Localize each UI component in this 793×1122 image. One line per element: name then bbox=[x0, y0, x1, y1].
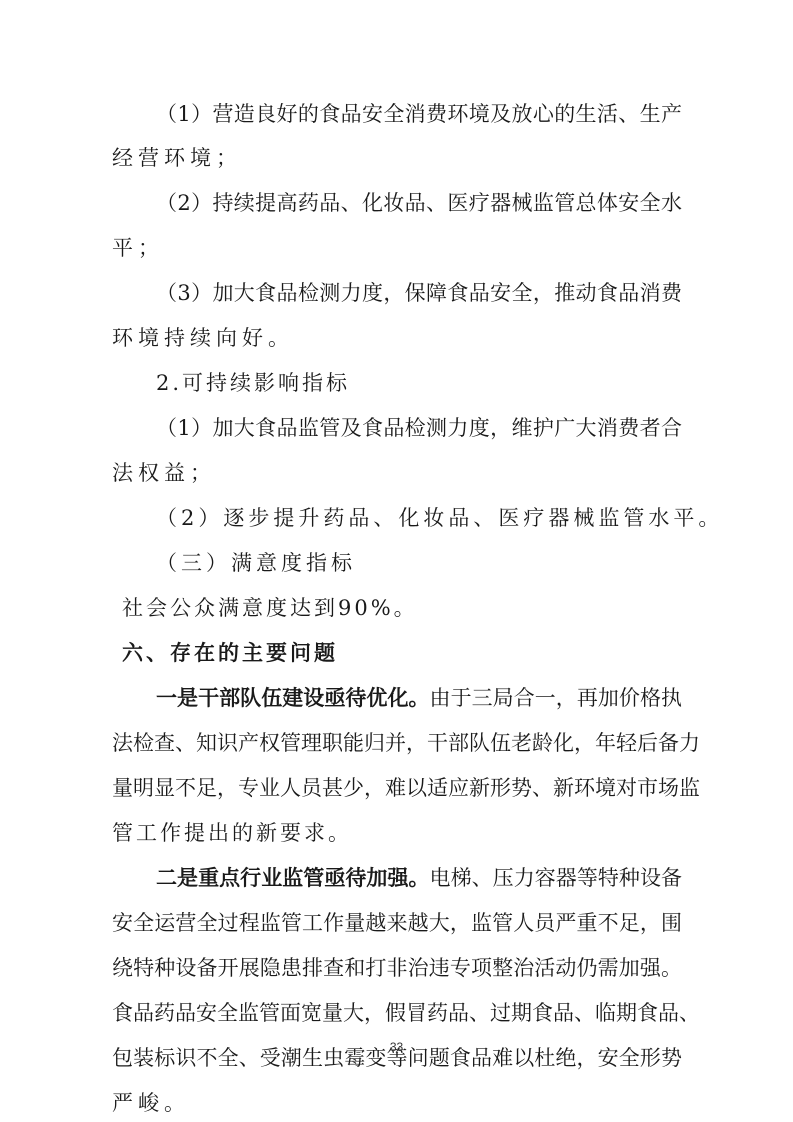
section-heading-satisfaction: （三）满意度指标 bbox=[156, 541, 356, 585]
text-line: 严峻。 bbox=[112, 1081, 190, 1122]
satisfaction-text: 社会公众满意度达到90%。 bbox=[122, 586, 418, 630]
list-item-impact-1: （1）加大食品监管及食品检测力度，维护广大消费者合 bbox=[156, 406, 682, 450]
section-heading-sustainable-impact: 2.可持续影响指标 bbox=[156, 361, 350, 405]
text-line: 绕特种设备开展隐患排查和打非治违专项整治活动仍需加强。 bbox=[112, 946, 682, 990]
problem-2-text: 电梯、压力容器等特种设备 bbox=[430, 866, 682, 890]
page-number: 33 bbox=[0, 1040, 793, 1054]
text-line: 量明显不足，专业人员甚少，难以适应新形势、新环境对市场监 bbox=[112, 766, 682, 810]
text-line: 食品药品安全监管面宽量大，假冒药品、过期食品、临期食品、 bbox=[112, 991, 682, 1035]
text-line: 经营环境； bbox=[112, 136, 242, 180]
text-line: 安全运营全过程监管工作量越来越大，监管人员严重不足，围 bbox=[112, 901, 682, 945]
problem-1-title: 一是干部队伍建设亟待优化。 bbox=[156, 686, 430, 710]
list-item-outcome-3: （3）加大食品检测力度，保障食品安全，推动食品消费 bbox=[156, 271, 682, 315]
problem-1-text: 由于三局合一，再加价格执 bbox=[430, 686, 682, 710]
text-line: 管工作提出的新要求。 bbox=[112, 811, 352, 855]
text-line: 平； bbox=[112, 226, 164, 270]
list-item-outcome-1: （1）营造良好的食品安全消费环境及放心的生活、生产 bbox=[156, 92, 682, 136]
problem-2-title: 二是重点行业监管亟待加强。 bbox=[156, 866, 430, 890]
list-item-outcome-2: （2）持续提高药品、化妆品、医疗器械监管总体安全水 bbox=[156, 181, 682, 225]
text-line: 环境持续向好。 bbox=[112, 316, 294, 360]
section-heading-main-problems: 六、存在的主要问题 bbox=[122, 631, 338, 675]
problem-1-first-line: 一是干部队伍建设亟待优化。由于三局合一，再加价格执 bbox=[156, 676, 682, 720]
text-line: 法权益； bbox=[112, 451, 216, 495]
list-item-impact-2: （2）逐步提升药品、化妆品、医疗器械监管水平。 bbox=[156, 496, 723, 540]
problem-2-first-line: 二是重点行业监管亟待加强。电梯、压力容器等特种设备 bbox=[156, 856, 682, 900]
text-line: 法检查、知识产权管理职能归并，干部队伍老龄化，年轻后备力 bbox=[112, 721, 682, 765]
